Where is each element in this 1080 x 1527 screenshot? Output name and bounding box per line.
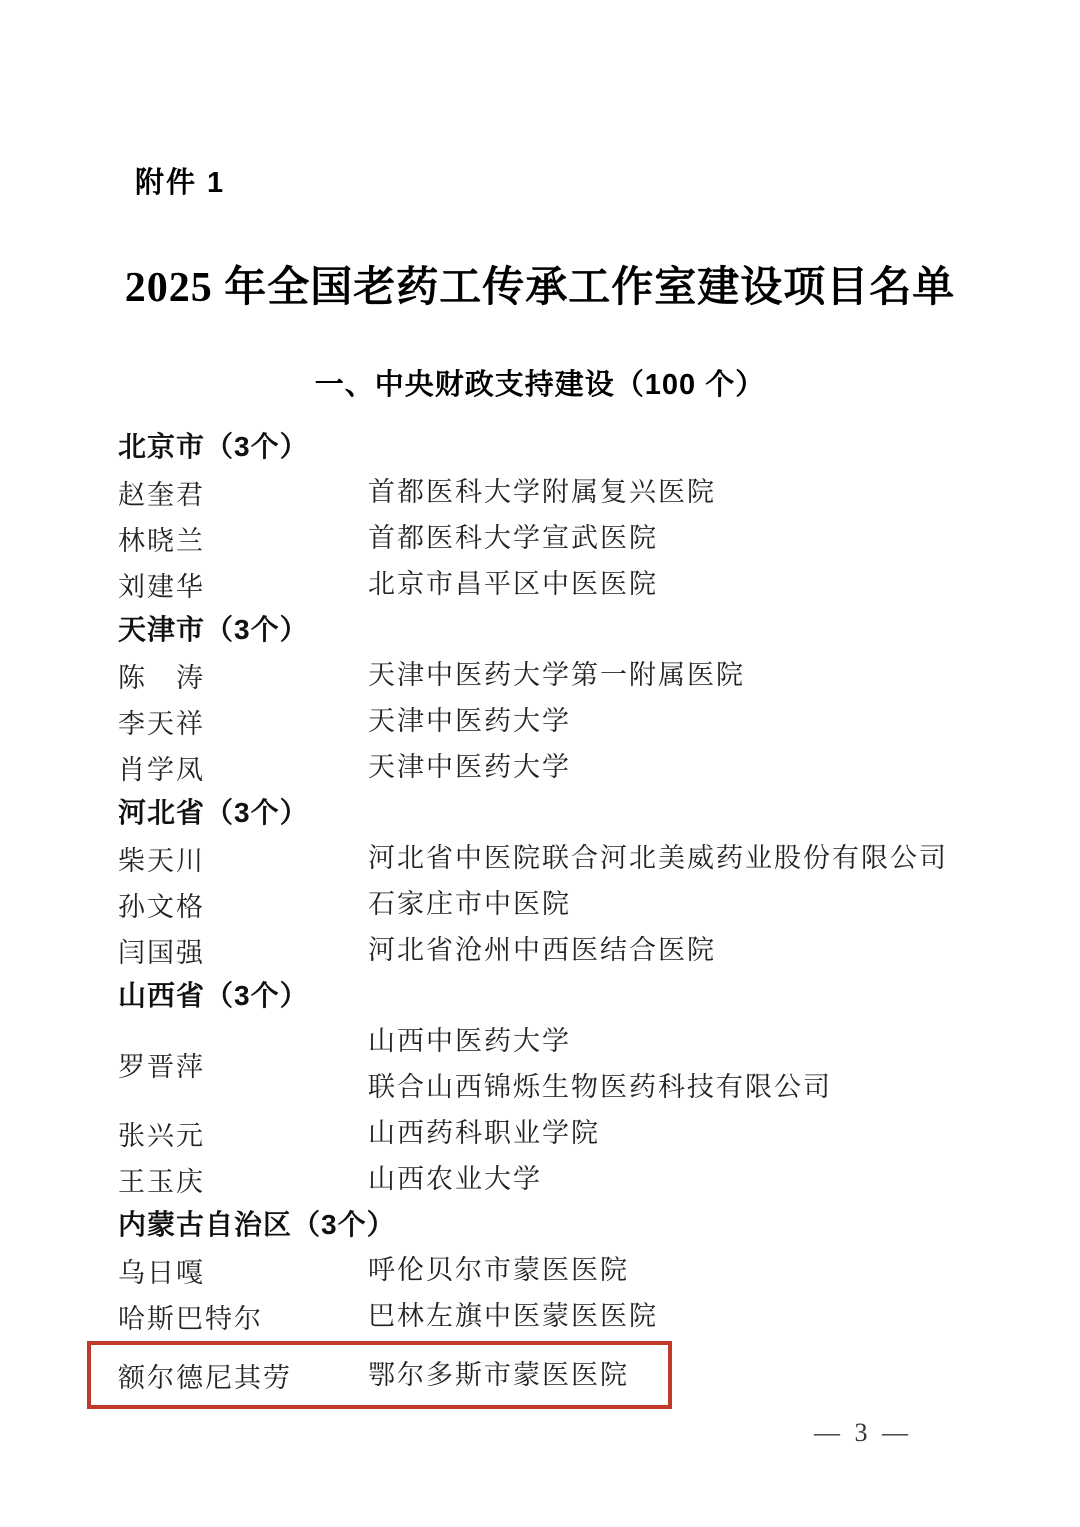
- person-name: 孙文格: [118, 885, 368, 924]
- province-header: 天津市（3个）: [118, 607, 1040, 652]
- person-name: 李天祥: [118, 702, 368, 741]
- person-name: 额尔德尼其劳: [118, 1356, 368, 1395]
- institution-name: 巴林左旗中医蒙医医院: [368, 1293, 658, 1339]
- highlighted-entry-row: 额尔德尼其劳 鄂尔多斯市蒙医医院: [87, 1341, 672, 1409]
- institution-name: 北京市昌平区中医医院: [368, 561, 658, 607]
- institution-name: 石家庄市中医院: [368, 881, 571, 927]
- entry-row: 哈斯巴特尔 巴林左旗中医蒙医医院: [118, 1293, 1040, 1339]
- entry-row: 赵奎君 首都医科大学附属复兴医院: [118, 469, 1040, 515]
- entry-row: 柴天川 河北省中医院联合河北美威药业股份有限公司: [118, 835, 1040, 881]
- institution-line: 联合山西锦烁生物医药科技有限公司: [368, 1072, 832, 1102]
- institution-line: 天津中医药大学: [368, 752, 571, 782]
- section-heading: 一、中央财政支持建设（100 个）: [0, 362, 1080, 403]
- person-name: 罗晋萍: [118, 1045, 368, 1084]
- institution-line: 天津中医药大学: [368, 706, 571, 736]
- province-header: 山西省（3个）: [118, 973, 1040, 1018]
- institution-name: 首都医科大学宣武医院: [368, 515, 658, 561]
- person-name: 张兴元: [118, 1114, 368, 1153]
- institution-line: 首都医科大学宣武医院: [368, 523, 658, 553]
- institution-line: 巴林左旗中医蒙医医院: [368, 1301, 658, 1331]
- institution-line: 天津中医药大学第一附属医院: [368, 660, 745, 690]
- institution-name: 鄂尔多斯市蒙医医院: [368, 1352, 629, 1398]
- institution-line: 山西药科职业学院: [368, 1118, 600, 1148]
- page-number: — 3 —: [814, 1418, 912, 1448]
- person-name: 闫国强: [118, 931, 368, 970]
- institution-line: 鄂尔多斯市蒙医医院: [368, 1360, 629, 1390]
- entry-row: 孙文格 石家庄市中医院: [118, 881, 1040, 927]
- person-name: 陈 涛: [118, 656, 368, 695]
- institution-name: 山西农业大学: [368, 1156, 542, 1202]
- institution-line: 石家庄市中医院: [368, 889, 571, 919]
- province-list: 北京市（3个） 赵奎君 首都医科大学附属复兴医院 林晓兰 首都医科大学宣武医院 …: [118, 424, 1040, 1409]
- institution-line: 呼伦贝尔市蒙医医院: [368, 1255, 629, 1285]
- province-header: 河北省（3个）: [118, 790, 1040, 835]
- entry-row: 乌日嘎 呼伦贝尔市蒙医医院: [118, 1247, 1040, 1293]
- province-header: 内蒙古自治区（3个）: [118, 1202, 1040, 1247]
- person-name: 刘建华: [118, 565, 368, 604]
- person-name: 哈斯巴特尔: [118, 1297, 368, 1336]
- institution-name: 天津中医药大学: [368, 744, 571, 790]
- entry-row: 林晓兰 首都医科大学宣武医院: [118, 515, 1040, 561]
- entry-row: 王玉庆 山西农业大学: [118, 1156, 1040, 1202]
- institution-line: 山西中医药大学: [368, 1026, 571, 1056]
- person-name: 乌日嘎: [118, 1251, 368, 1290]
- attachment-label: 附件 1: [135, 160, 225, 201]
- entry-row: 罗晋萍 山西中医药大学联合山西锦烁生物医药科技有限公司: [118, 1018, 1040, 1110]
- entry-row: 肖学凤 天津中医药大学: [118, 744, 1040, 790]
- entry-row: 张兴元 山西药科职业学院: [118, 1110, 1040, 1156]
- institution-name: 呼伦贝尔市蒙医医院: [368, 1247, 629, 1293]
- institution-line: 山西农业大学: [368, 1164, 542, 1194]
- institution-name: 河北省沧州中西医结合医院: [368, 927, 716, 973]
- entry-row: 闫国强 河北省沧州中西医结合医院: [118, 927, 1040, 973]
- person-name: 柴天川: [118, 839, 368, 878]
- institution-name: 天津中医药大学: [368, 698, 571, 744]
- institution-name: 河北省中医院联合河北美威药业股份有限公司: [368, 835, 948, 881]
- person-name: 肖学凤: [118, 748, 368, 787]
- person-name: 赵奎君: [118, 473, 368, 512]
- entry-row: 陈 涛 天津中医药大学第一附属医院: [118, 652, 1040, 698]
- institution-name: 山西药科职业学院: [368, 1110, 600, 1156]
- institution-line: 北京市昌平区中医医院: [368, 569, 658, 599]
- document-title: 2025 年全国老药工传承工作室建设项目名单: [0, 254, 1080, 314]
- person-name: 林晓兰: [118, 519, 368, 558]
- institution-line: 河北省中医院联合河北美威药业股份有限公司: [368, 843, 948, 873]
- entry-row: 刘建华 北京市昌平区中医医院: [118, 561, 1040, 607]
- institution-name: 天津中医药大学第一附属医院: [368, 652, 745, 698]
- institution-name: 首都医科大学附属复兴医院: [368, 469, 716, 515]
- document-page: 附件 1 2025 年全国老药工传承工作室建设项目名单 一、中央财政支持建设（1…: [0, 0, 1080, 1527]
- institution-line: 首都医科大学附属复兴医院: [368, 477, 716, 507]
- province-header: 北京市（3个）: [118, 424, 1040, 469]
- entry-row: 李天祥 天津中医药大学: [118, 698, 1040, 744]
- institution-line: 河北省沧州中西医结合医院: [368, 935, 716, 965]
- person-name: 王玉庆: [118, 1160, 368, 1199]
- institution-name: 山西中医药大学联合山西锦烁生物医药科技有限公司: [368, 1018, 832, 1110]
